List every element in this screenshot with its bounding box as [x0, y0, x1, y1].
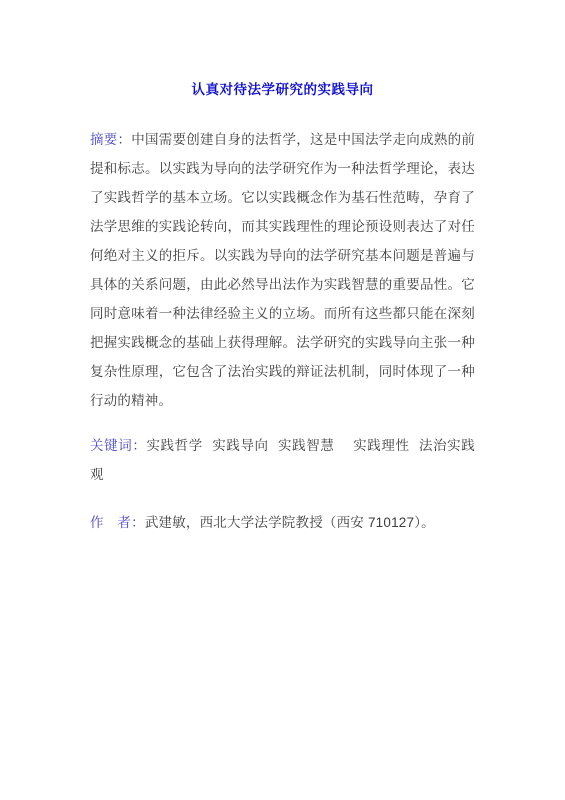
abstract-label: 摘要：	[90, 132, 131, 147]
author-label: 作 者：	[90, 515, 145, 530]
author-text: 武建敏，西北大学法学院教授（西安 710127）。	[145, 515, 435, 530]
keywords-label: 关键词：	[90, 438, 146, 453]
page-title: 认真对待法学研究的实践导向	[90, 78, 475, 98]
abstract-label-colon: ：	[118, 132, 132, 147]
keywords-paragraph: 关键词：实践哲学 实践导向 实践智慧 实践理性 法治实践观	[90, 431, 475, 489]
abstract-label-text: 摘要	[90, 132, 118, 147]
abstract-text: 中国需要创建自身的法哲学，这是中国法学走向成熟的前提和标志。以实践为导向的法学研…	[90, 132, 475, 408]
keywords-text: 实践哲学 实践导向 实践智慧 实践理性 法治实践观	[90, 438, 475, 482]
abstract-paragraph: 摘要：中国需要创建自身的法哲学，这是中国法学走向成熟的前提和标志。以实践为导向的…	[90, 125, 475, 415]
keywords-label-colon: ：	[132, 438, 146, 453]
author-label-colon: ：	[131, 515, 145, 530]
author-paragraph: 作 者：武建敏，西北大学法学院教授（西安 710127）。	[90, 508, 475, 537]
document-page: 认真对待法学研究的实践导向 摘要：中国需要创建自身的法哲学，这是中国法学走向成熟…	[0, 0, 565, 800]
author-label-text: 作 者	[90, 515, 131, 530]
keywords-label-text: 关键词	[90, 438, 132, 453]
